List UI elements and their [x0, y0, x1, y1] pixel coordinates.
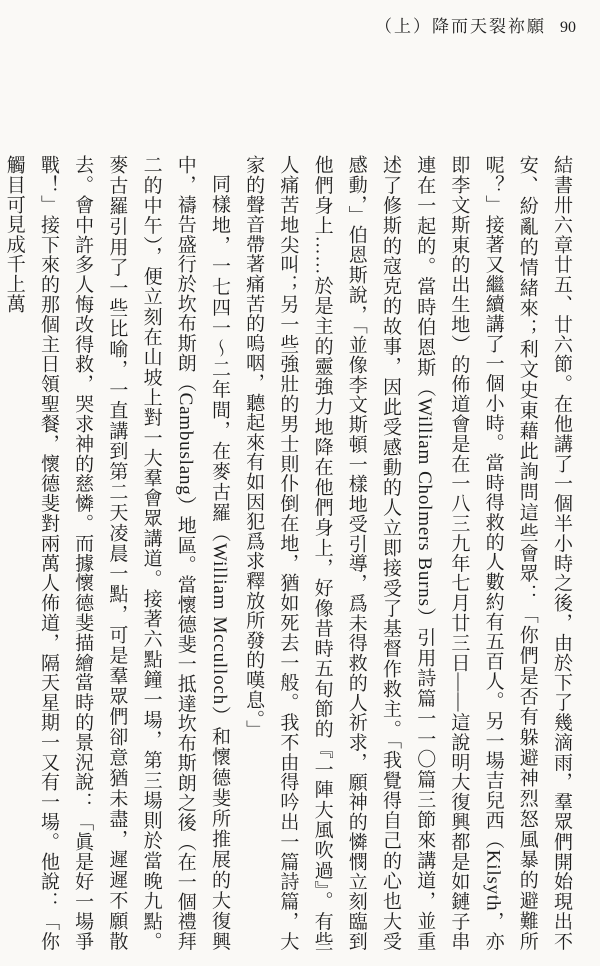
page-number: 90: [560, 19, 576, 37]
book-page: （上）降而天裂祢願 90 結書卅六章廿五、廿六節。在他講了一個半小時之後，由於下…: [0, 0, 600, 966]
paragraph-continued-from-previous-page: 結書卅六章廿五、廿六節。在他講了一個半小時之後，由於下了幾滴雨，羣眾們開始現出不…: [236, 155, 578, 951]
running-title: （上）降而天裂祢願: [375, 12, 546, 37]
paragraph-new: 同樣地，一七四一～二年間，在麥古羅（William Mcculloch）和懷德斐…: [0, 155, 236, 951]
running-head: （上）降而天裂祢願 90: [375, 12, 576, 37]
vertical-text-block: 結書卅六章廿五、廿六節。在他講了一個半小時之後，由於下了幾滴雨，羣眾們開始現出不…: [0, 155, 578, 951]
